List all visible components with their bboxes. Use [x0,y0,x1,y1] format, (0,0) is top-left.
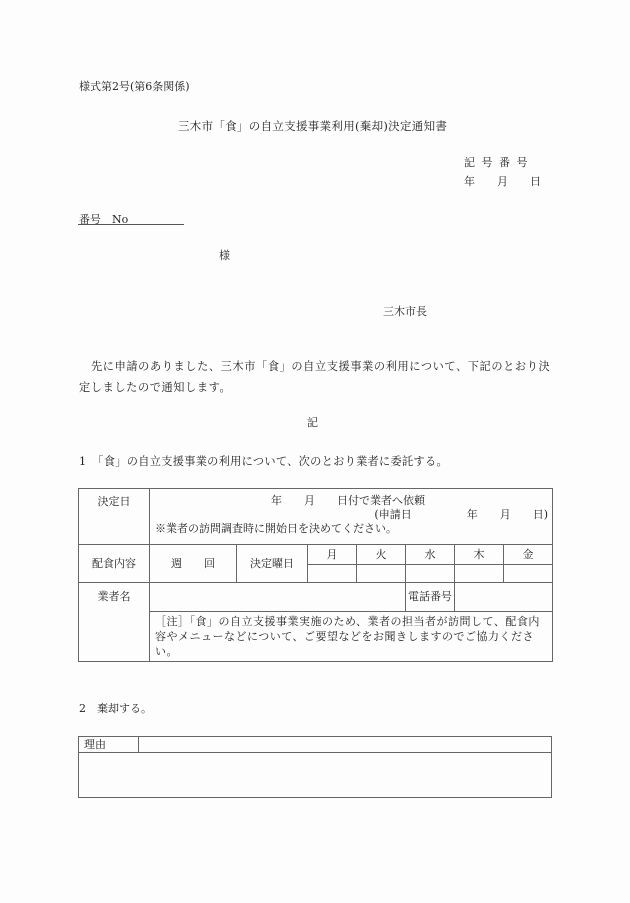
issue-date-label: 年 月 日 [464,175,541,188]
vendor-label: 業者名 [79,583,150,662]
decision-date-line1: 年 月 日付で業者へ依頼 [155,494,548,508]
reason-header-blank [139,737,552,753]
phone-label: 電話番号 [406,583,455,612]
addressee-suffix: 様 [219,249,230,262]
section1-heading: 1 「食」の自立支援事業の利用について、次のとおり業者に委託する。 [79,455,448,468]
decision-date-label: 決定日 [79,489,150,545]
day-cell-wed[interactable] [406,565,455,583]
record-number-label: 記 号 番 号 [464,156,528,169]
decided-days-label: 決定曜日 [237,545,308,583]
vendor-name-cell[interactable] [150,583,406,612]
issuer-name: 三木市長 [383,305,427,318]
day-cell-fri[interactable] [504,565,553,583]
number-underline [78,224,184,225]
body-text: 先に申請のありました、三木市「食」の自立支援事業の利用について、下記のとおり決定… [79,356,551,398]
day-cell-tue[interactable] [357,565,406,583]
day-header-tue: 火 [357,545,406,565]
note-text: ［注］「食」の自立支援事業実施のため、業者の担当者が訪問して、配食内容やメニュー… [150,612,553,662]
day-cell-thu[interactable] [455,565,504,583]
reason-table: 理由 [78,736,552,798]
form-number: 様式第2号(第6条関係) [79,80,190,93]
day-header-mon: 月 [308,545,357,565]
day-header-wed: 水 [406,545,455,565]
decision-date-note: ※業者の訪問調査時に開始日を決めてください。 [155,522,548,536]
day-cell-mon[interactable] [308,565,357,583]
reason-label: 理由 [79,737,139,753]
meal-content-label: 配食内容 [79,545,150,583]
day-header-thu: 木 [455,545,504,565]
ki-heading: 記 [307,416,318,429]
decision-date-cell[interactable]: 年 月 日付で業者へ依頼 (申請日 年 月 日) ※業者の訪問調査時に開始日を決… [150,489,553,545]
phone-cell[interactable] [455,583,553,612]
application-date-line: (申請日 年 月 日) [155,508,548,522]
day-header-fri: 金 [504,545,553,565]
service-table: 決定日 年 月 日付で業者へ依頼 (申請日 年 月 日) ※業者の訪問調査時に開… [78,488,553,662]
frequency-cell[interactable]: 週 回 [150,545,237,583]
reason-input-area[interactable] [79,753,552,798]
document-title: 三木市「食」の自立支援事業利用(棄却)決定通知書 [178,120,447,134]
section2-heading: 2 棄却する。 [79,702,152,715]
